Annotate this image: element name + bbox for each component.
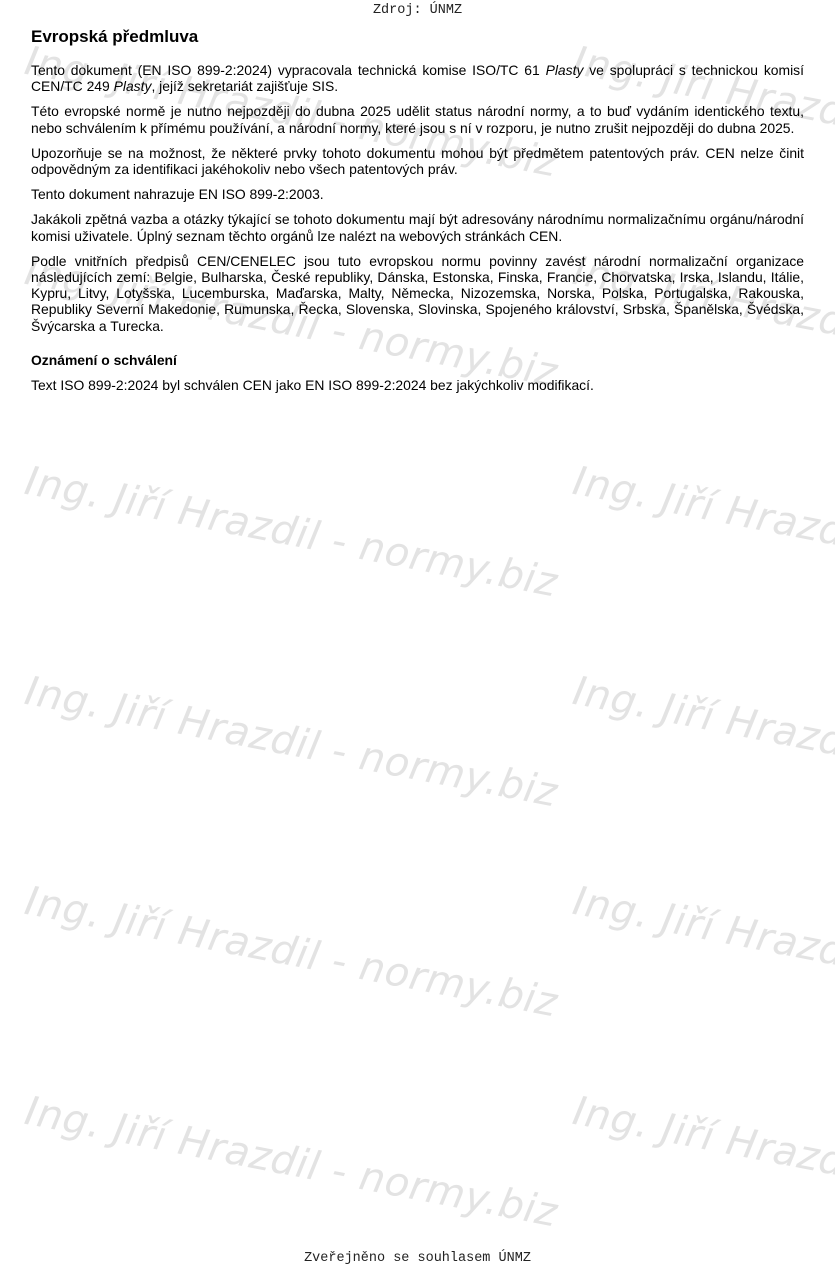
page-title: Evropská předmluva — [31, 26, 804, 48]
endorsement-heading: Oznámení o schválení — [31, 352, 804, 368]
paragraph-preparation: Tento dokument (EN ISO 899-2:2024) vypra… — [31, 62, 804, 94]
published-footer: Zveřejněno se souhlasem ÚNMZ — [0, 1251, 835, 1266]
watermark: Ing. Jiří Hrazdil - normy.biz — [569, 1088, 835, 1236]
paragraph-patent-notice: Upozorňuje se na možnost, že některé prv… — [31, 145, 804, 177]
watermark: Ing. Jiří Hrazdil - normy.biz — [569, 668, 835, 816]
paragraph-national-status: Této evropské normě je nutno nejpozději … — [31, 103, 804, 135]
paragraph-member-countries: Podle vnitřních předpisů CEN/CENELEC jso… — [31, 253, 804, 334]
source-header: Zdroj: ÚNMZ — [0, 3, 835, 18]
text-run: Tento dokument (EN ISO 899-2:2024) vypra… — [31, 62, 546, 78]
italic-committee-name: Plasty — [114, 78, 152, 94]
text-run: , jejíž sekretariát zajišťuje SIS. — [151, 78, 338, 94]
watermark: Ing. Jiří Hrazdil - normy.biz — [21, 878, 561, 1026]
watermark: Ing. Jiří Hrazdil - normy.biz — [569, 458, 835, 606]
watermark: Ing. Jiří Hrazdil - normy.biz — [21, 1088, 561, 1236]
paragraph-feedback: Jakákoli zpětná vazba a otázky týkající … — [31, 211, 804, 243]
endorsement-text: Text ISO 899-2:2024 byl schválen CEN jak… — [31, 377, 804, 393]
document-body: Evropská předmluva Tento dokument (EN IS… — [31, 26, 804, 402]
paragraph-supersedes: Tento dokument nahrazuje EN ISO 899-2:20… — [31, 186, 804, 202]
watermark: Ing. Jiří Hrazdil - normy.biz — [569, 878, 835, 1026]
watermark: Ing. Jiří Hrazdil - normy.biz — [21, 458, 561, 606]
watermark: Ing. Jiří Hrazdil - normy.biz — [21, 668, 561, 816]
italic-committee-name: Plasty — [546, 62, 584, 78]
